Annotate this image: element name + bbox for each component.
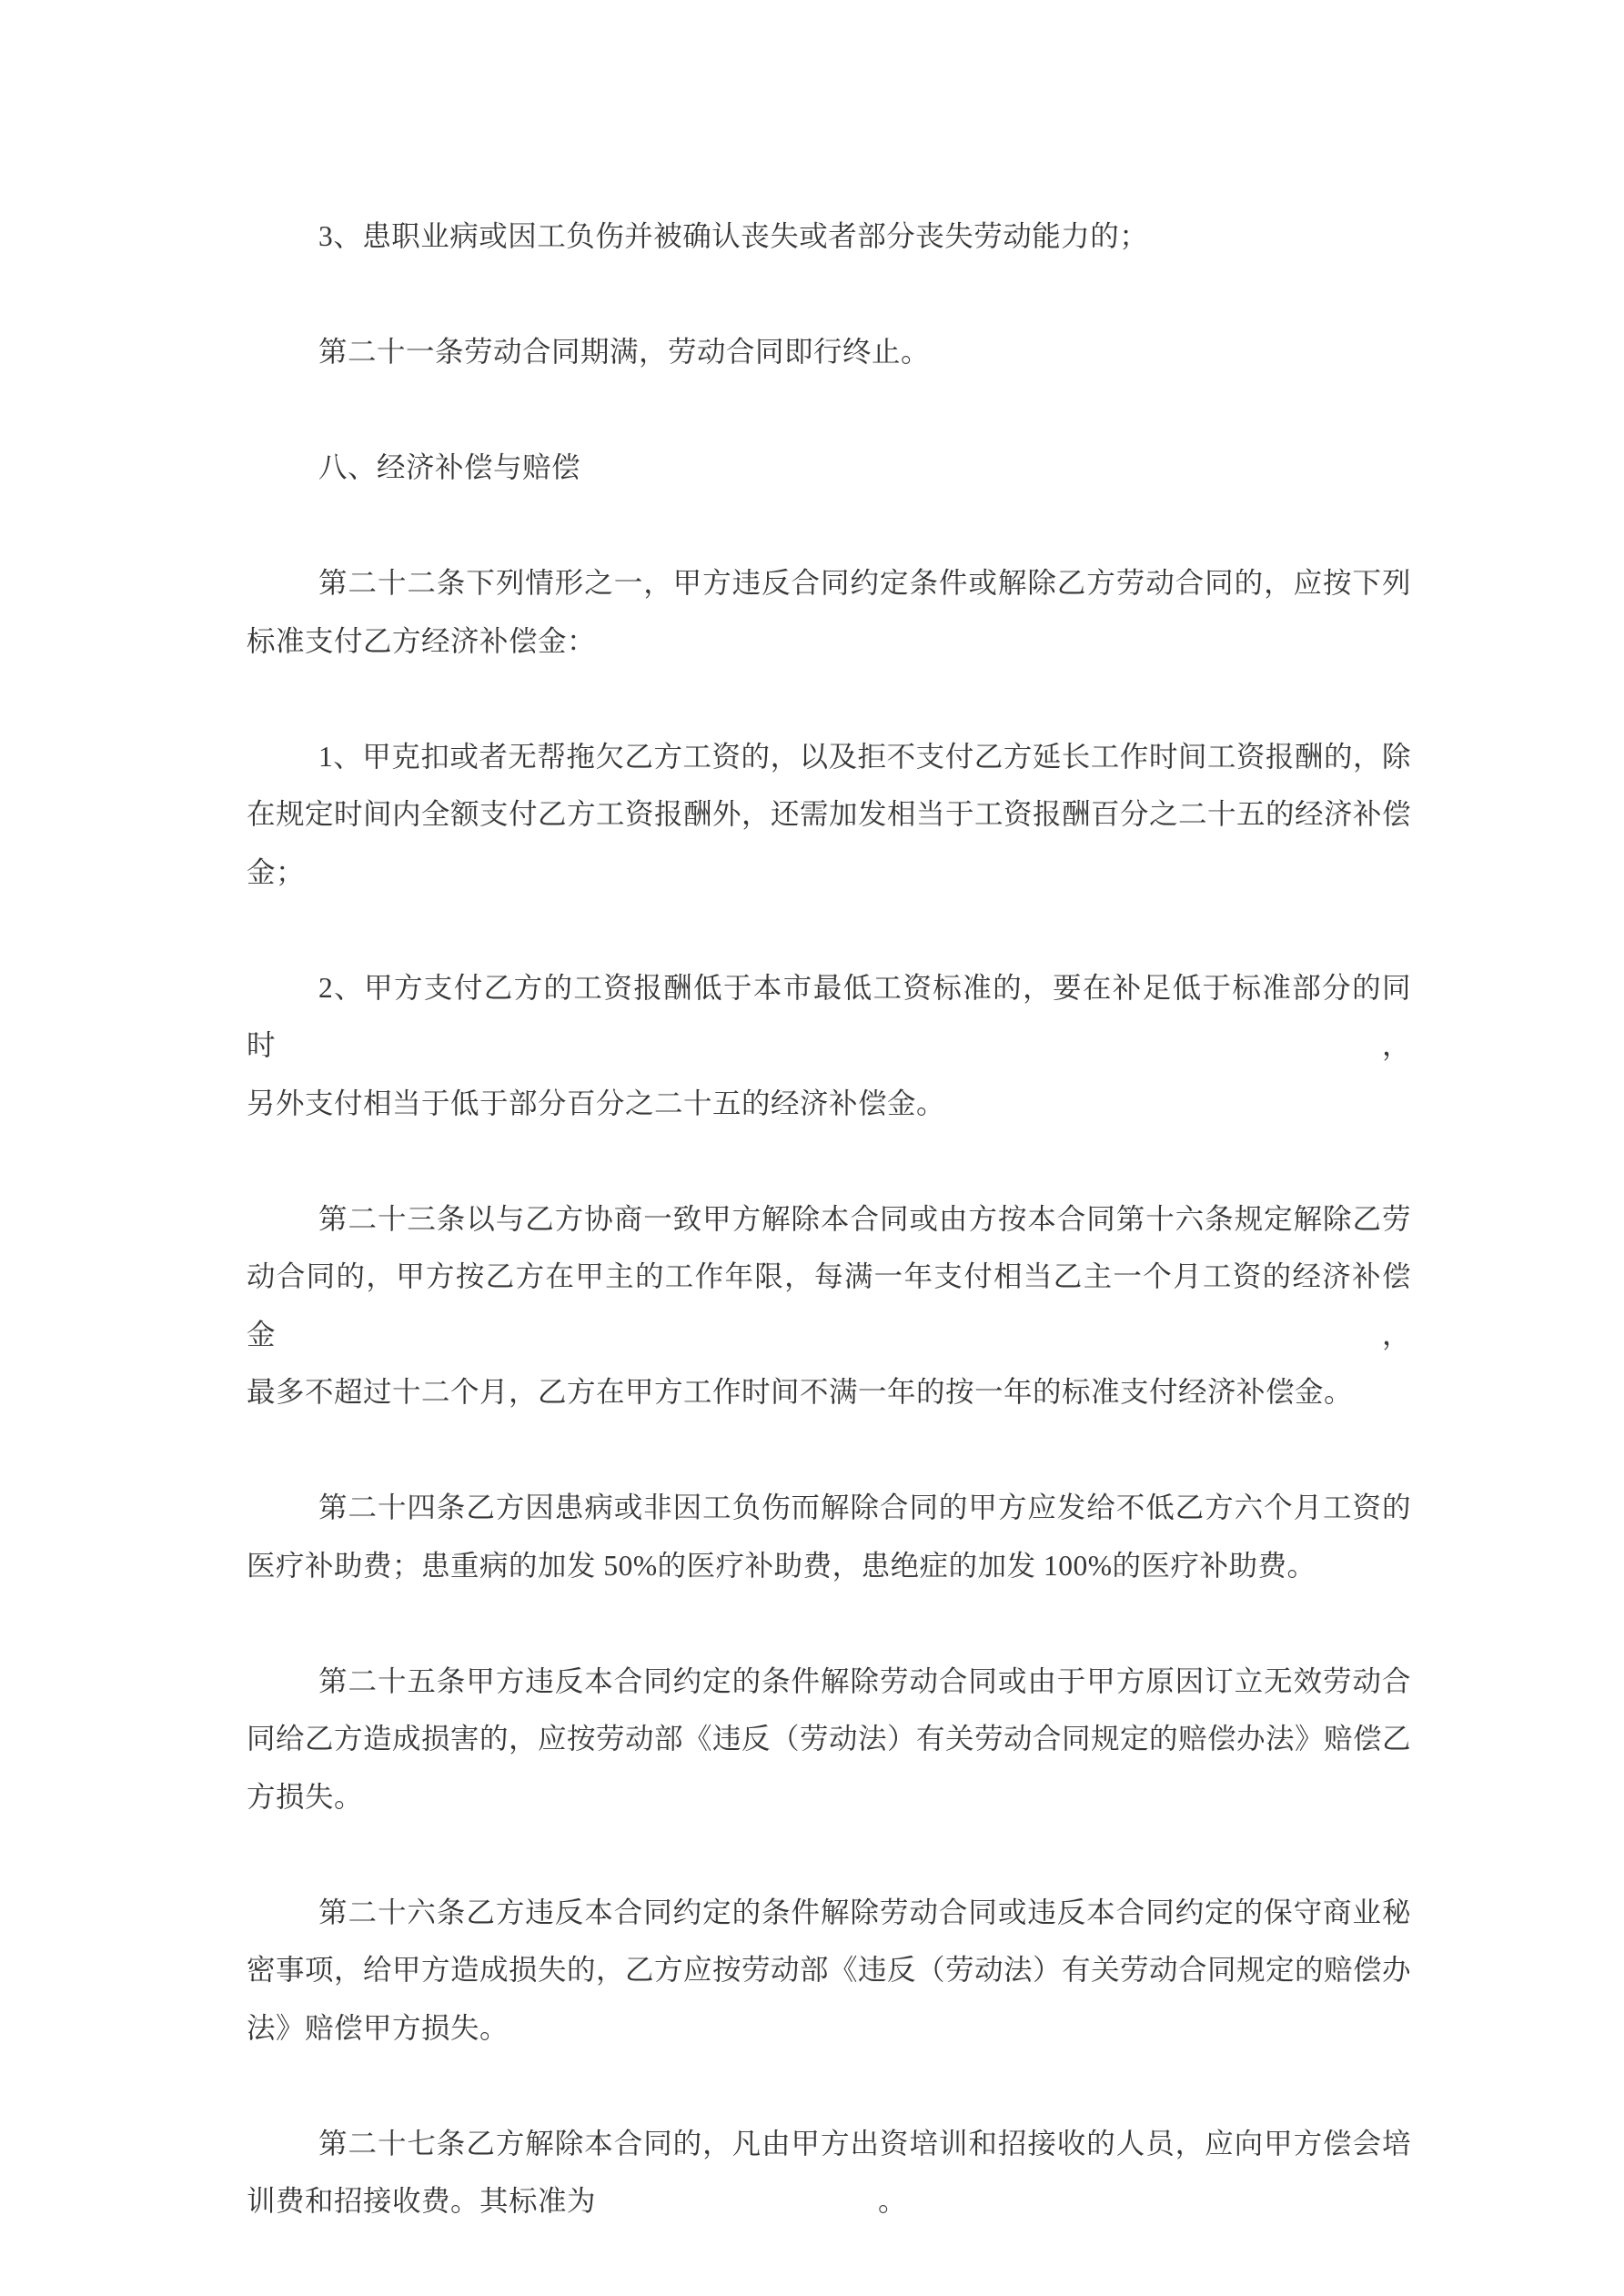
- text-line: 同给乙方造成损害的，应按劳动部《违反（劳动法）有关劳动合同规定的赔偿办法》赔偿乙: [247, 1710, 1411, 1768]
- paragraph: 第二十三条以与乙方协商一致甲方解除本合同或由方按本合同第十六条规定解除乙劳 动合…: [247, 1190, 1411, 1421]
- section-heading: 八、经济补偿与赔偿: [247, 439, 1411, 497]
- text-line: 在规定时间内全额支付乙方工资报酬外，还需加发相当于工资报酬百分之二十五的经济补偿: [247, 785, 1411, 844]
- text-line: 标准支付乙方经济补偿金：: [247, 612, 1411, 671]
- text-line: 法》赔偿甲方损失。: [247, 1999, 1411, 2058]
- text-line: 动合同的，甲方按乙方在甲主的工作年限，每满一年支付相当乙主一个月工资的经济补偿金…: [247, 1248, 1411, 1363]
- contract-text-block: 3、患职业病或因工负伤并被确认丧失或者部分丧失劳动能力的； 第二十一条劳动合同期…: [247, 207, 1411, 2288]
- text-segment: 训费和招接收费。其标准为: [247, 2185, 596, 2217]
- document-page: 3、患职业病或因工负伤并被确认丧失或者部分丧失劳动能力的； 第二十一条劳动合同期…: [0, 0, 1624, 2296]
- text-line: 八、经济补偿与赔偿: [247, 439, 1411, 497]
- paragraph: 第二十七条乙方解除本合同的，凡由甲方出资培训和招接收的人员，应向甲方偿会培 训费…: [247, 2115, 1411, 2230]
- text-line: 密事项，给甲方造成损失的，乙方应按劳动部《违反（劳动法）有关劳动合同规定的赔偿办: [247, 1941, 1411, 1999]
- text-line: 方损失。: [247, 1768, 1411, 1826]
- paragraph: 第二十六条乙方违反本合同约定的条件解除劳动合同或违反本合同约定的保守商业秘 密事…: [247, 1884, 1411, 2058]
- text-line: 第二十三条以与乙方协商一致甲方解除本合同或由方按本合同第十六条规定解除乙劳: [247, 1190, 1411, 1249]
- paragraph: 第二十五条甲方违反本合同约定的条件解除劳动合同或由于甲方原因订立无效劳动合 同给…: [247, 1653, 1411, 1826]
- text-line: 2、甲方支付乙方的工资报酬低于本市最低工资标准的，要在补足低于标准部分的同时，: [247, 959, 1411, 1075]
- text-line: 1、甲克扣或者无帮拖欠乙方工资的，以及拒不支付乙方延长工作时间工资报酬的，除: [247, 728, 1411, 786]
- text-line: 训费和招接收费。其标准为。: [247, 2172, 1411, 2230]
- paragraph: 第二十四条乙方因患病或非因工负伤而解除合同的甲方应发给不低乙方六个月工资的 医疗…: [247, 1479, 1411, 1594]
- text-line: 金；: [247, 844, 1411, 902]
- trailing-period: 。: [878, 2185, 907, 2217]
- text-line: 第二十四条乙方因患病或非因工负伤而解除合同的甲方应发给不低乙方六个月工资的: [247, 1479, 1411, 1537]
- text-line: 第二十七条乙方解除本合同的，凡由甲方出资培训和招接收的人员，应向甲方偿会培: [247, 2115, 1411, 2173]
- text-line: 第二十一条劳动合同期满，劳动合同即行终止。: [247, 323, 1411, 381]
- text-line: 医疗补助费；患重病的加发 50%的医疗补助费，患绝症的加发 100%的医疗补助费…: [247, 1537, 1411, 1595]
- fill-in-blank: [596, 2210, 878, 2210]
- text-line: 第二十五条甲方违反本合同约定的条件解除劳动合同或由于甲方原因订立无效劳动合: [247, 1653, 1411, 1711]
- paragraph: 2、甲方支付乙方的工资报酬低于本市最低工资标准的，要在补足低于标准部分的同时， …: [247, 959, 1411, 1133]
- paragraph: 第二十一条劳动合同期满，劳动合同即行终止。: [247, 323, 1411, 381]
- text-line: 第二十六条乙方违反本合同约定的条件解除劳动合同或违反本合同约定的保守商业秘: [247, 1884, 1411, 1942]
- text-line: 3、患职业病或因工负伤并被确认丧失或者部分丧失劳动能力的；: [247, 207, 1411, 266]
- paragraph: 1、甲克扣或者无帮拖欠乙方工资的，以及拒不支付乙方延长工作时间工资报酬的，除 在…: [247, 728, 1411, 902]
- text-line: 第二十二条下列情形之一，甲方违反合同约定条件或解除乙方劳动合同的，应按下列: [247, 554, 1411, 612]
- paragraph: 3、患职业病或因工负伤并被确认丧失或者部分丧失劳动能力的；: [247, 207, 1411, 266]
- text-line: 最多不超过十二个月，乙方在甲方工作时间不满一年的按一年的标准支付经济补偿金。: [247, 1363, 1411, 1421]
- paragraph: 第二十二条下列情形之一，甲方违反合同约定条件或解除乙方劳动合同的，应按下列 标准…: [247, 554, 1411, 670]
- text-line: 另外支付相当于低于部分百分之二十五的经济补偿金。: [247, 1075, 1411, 1133]
